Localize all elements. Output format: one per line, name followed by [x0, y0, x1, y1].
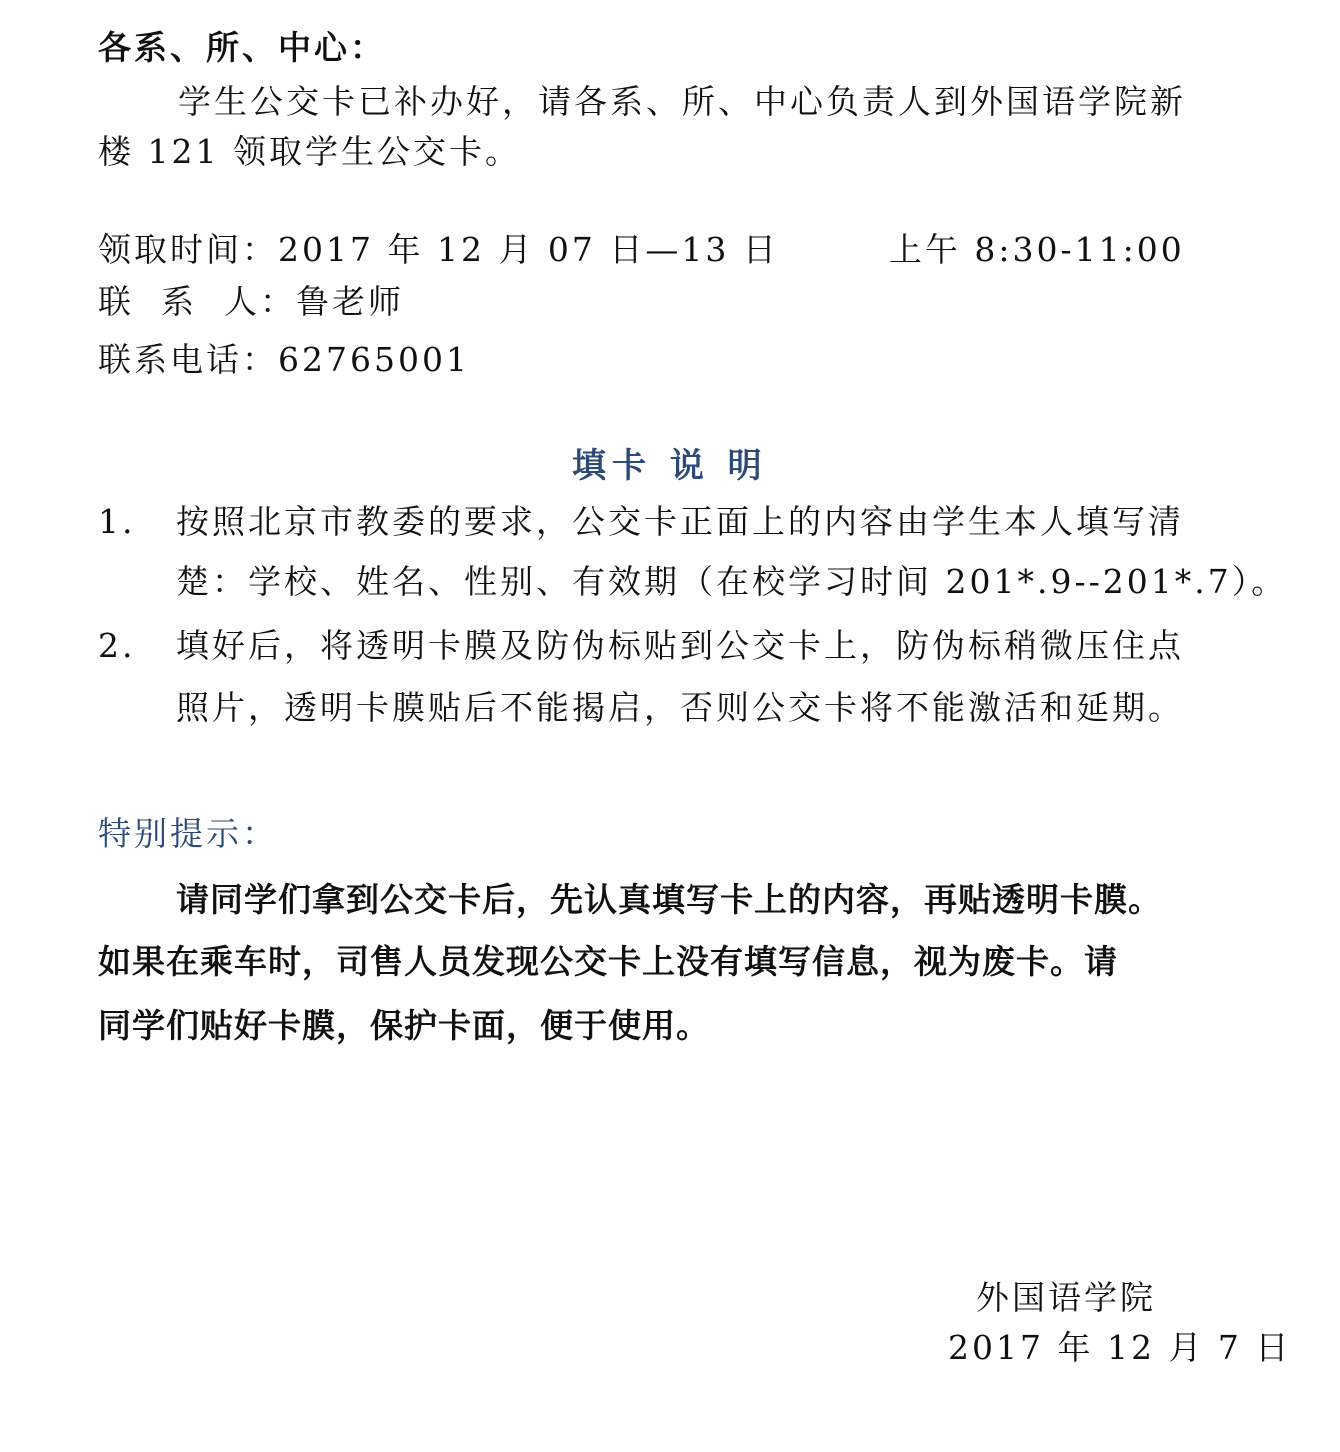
instructions-title: 填卡 说 明: [572, 446, 768, 486]
instruction-text: 按照北京市教委的要求，公交卡正面上的内容由学生本人填写清: [176, 502, 1184, 541]
contact-label: 联 系 人：: [98, 282, 296, 321]
salutation: 各系、所、中心：: [98, 28, 386, 68]
special-notice-line-1: 请同学们拿到公交卡后，先认真填写卡上的内容，再贴透明卡膜。: [176, 880, 1162, 920]
special-notice-line-2: 如果在乘车时，司售人员发现公交卡上没有填写信息，视为废卡。请: [98, 942, 1118, 982]
intro-line-2: 楼 121 领取学生公交卡。: [98, 132, 521, 172]
instruction-item-2-line-2: 照片，透明卡膜贴后不能揭启，否则公交卡将不能激活和延期。: [176, 688, 1184, 728]
instruction-number: 1.: [98, 502, 176, 542]
instruction-text: 填好后，将透明卡膜及防伪标贴到公交卡上，防伪标稍微压住点: [176, 626, 1184, 665]
special-notice-line-3: 同学们贴好卡膜，保护卡面，便于使用。: [98, 1006, 710, 1046]
special-notice-title: 特别提示：: [98, 814, 278, 854]
pickup-time-row: 领取时间：2017 年 12 月 07 日—13 日上午 8:30-11:00: [98, 230, 1185, 270]
phone-value: 62765001: [278, 340, 470, 379]
pickup-hours: 上午 8:30-11:00: [889, 230, 1185, 269]
instruction-item-1-line-2: 楚：学校、姓名、性别、有效期（在校学习时间 201*.9--201*.7）。: [176, 562, 1287, 602]
instruction-number: 2.: [98, 626, 176, 666]
signature-date: 2017 年 12 月 7 日: [948, 1328, 1291, 1368]
phone-row: 联系电话：62765001: [98, 340, 470, 380]
phone-label: 联系电话：: [98, 340, 278, 379]
instruction-item-2-line-1: 2.填好后，将透明卡膜及防伪标贴到公交卡上，防伪标稍微压住点: [98, 626, 1184, 666]
pickup-time-label: 领取时间：: [98, 230, 278, 269]
pickup-time-value: 2017 年 12 月 07 日—13 日: [278, 230, 779, 269]
contact-row: 联 系 人：鲁老师: [98, 282, 404, 322]
signature-organization: 外国语学院: [976, 1278, 1156, 1318]
contact-value: 鲁老师: [296, 282, 404, 321]
intro-line-1: 学生公交卡已补办好，请各系、所、中心负责人到外国语学院新: [178, 82, 1186, 122]
instruction-item-1-line-1: 1.按照北京市教委的要求，公交卡正面上的内容由学生本人填写清: [98, 502, 1184, 542]
